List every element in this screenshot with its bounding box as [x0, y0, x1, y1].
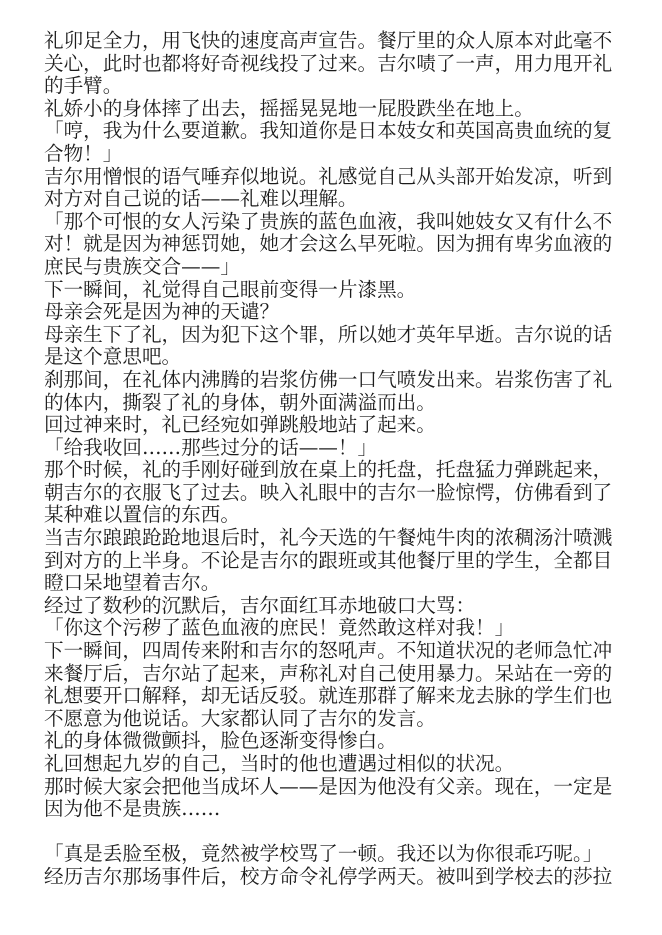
text-line: 朝吉尔的衣服飞了过去。映入礼眼中的吉尔一脸惊愕，仿佛看到了: [44, 482, 644, 505]
text-line: 到对方的上半身。不论是吉尔的跟班或其他餐厅里的学生，全都目: [44, 550, 644, 573]
document-page: 礼卯足全力，用飞快的速度高声宣告。餐厅里的众人原本对此毫不 关心，此时也都将好奇…: [0, 0, 662, 935]
text-line: 母亲生下了礼，因为犯下这个罪，所以她才英年早逝。吉尔说的话: [44, 324, 644, 347]
text-line: 刹那间，在礼体内沸腾的岩浆仿佛一口气喷发出来。岩浆伤害了礼: [44, 369, 644, 392]
text-line: 对！就是因为神惩罚她，她才会这么早死啦。因为拥有卑劣血液的: [44, 233, 644, 256]
text-line: 的体内，撕裂了礼的身体，朝外面满溢而出。: [44, 392, 644, 415]
text-line: 礼回想起九岁的自己，当时的他也遭遇过相似的状况。: [44, 753, 644, 776]
text-line: 合物！」: [44, 143, 644, 166]
text-line: 礼的身体微微颤抖，脸色逐渐变得惨白。: [44, 730, 644, 753]
body-text: 礼卯足全力，用飞快的速度高声宣告。餐厅里的众人原本对此毫不 关心，此时也都将好奇…: [44, 30, 644, 889]
text-line: 关心，此时也都将好奇视线投了过来。吉尔啧了一声，用力甩开礼: [44, 53, 644, 76]
text-line: 「给我收回……那些过分的话——！」: [44, 437, 644, 460]
text-line: 母亲会死是因为神的天谴？: [44, 301, 644, 324]
text-line: 某种难以置信的东西。: [44, 504, 644, 527]
text-line: 礼卯足全力，用飞快的速度高声宣告。餐厅里的众人原本对此毫不: [44, 30, 644, 53]
text-line: 下一瞬间，礼觉得自己眼前变得一片漆黑。: [44, 279, 644, 302]
text-line: 吉尔用憎恨的语气唾弃似地说。礼感觉自己从头部开始发凉，听到: [44, 166, 644, 189]
text-line: 「你这个污秽了蓝色血液的庶民！竟然敢这样对我！」: [44, 617, 644, 640]
text-line: 瞪口呆地望着吉尔。: [44, 572, 644, 595]
text-line: 因为他不是贵族……: [44, 798, 644, 821]
text-line: 当吉尔踉踉跄跄地退后时，礼今天选的午餐炖牛肉的浓稠汤汁喷溅: [44, 527, 644, 550]
text-line: 的手臂。: [44, 75, 644, 98]
text-line: 礼想要开口解释，却无话反驳。就连那群了解来龙去脉的学生们也: [44, 685, 644, 708]
text-line: 礼娇小的身体摔了出去，摇摇晃晃地一屁股跌坐在地上。: [44, 98, 644, 121]
text-line: 来餐厅后，吉尔站了起来，声称礼对自己使用暴力。呆站在一旁的: [44, 663, 644, 686]
text-line: 下一瞬间，四周传来附和吉尔的怒吼声。不知道状况的老师急忙冲: [44, 640, 644, 663]
text-line: 经历吉尔那场事件后，校方命令礼停学两天。被叫到学校去的莎拉: [44, 866, 644, 889]
text-line: 是这个意思吧。: [44, 346, 644, 369]
text-line: 庶民与贵族交合——」: [44, 256, 644, 279]
text-line: 「真是丢脸至极，竟然被学校骂了一顿。我还以为你很乖巧呢。」: [44, 843, 644, 866]
text-line: 「那个可恨的女人污染了贵族的蓝色血液，我叫她妓女又有什么不: [44, 211, 644, 234]
text-line: 那时候大家会把他当成坏人——是因为他没有父亲。现在，一定是: [44, 776, 644, 799]
text-line: 回过神来时，礼已经宛如弹跳般地站了起来。: [44, 414, 644, 437]
text-line: 经过了数秒的沉默后，吉尔面红耳赤地破口大骂：: [44, 595, 644, 618]
text-line: 「哼，我为什么要道歉。我知道你是日本妓女和英国高贵血统的复: [44, 120, 644, 143]
blank-line: [44, 821, 644, 844]
text-line: 那个时候，礼的手刚好碰到放在桌上的托盘，托盘猛力弹跳起来，: [44, 459, 644, 482]
text-line: 不愿意为他说话。大家都认同了吉尔的发言。: [44, 708, 644, 731]
text-line: 对方对自己说的话——礼难以理解。: [44, 188, 644, 211]
